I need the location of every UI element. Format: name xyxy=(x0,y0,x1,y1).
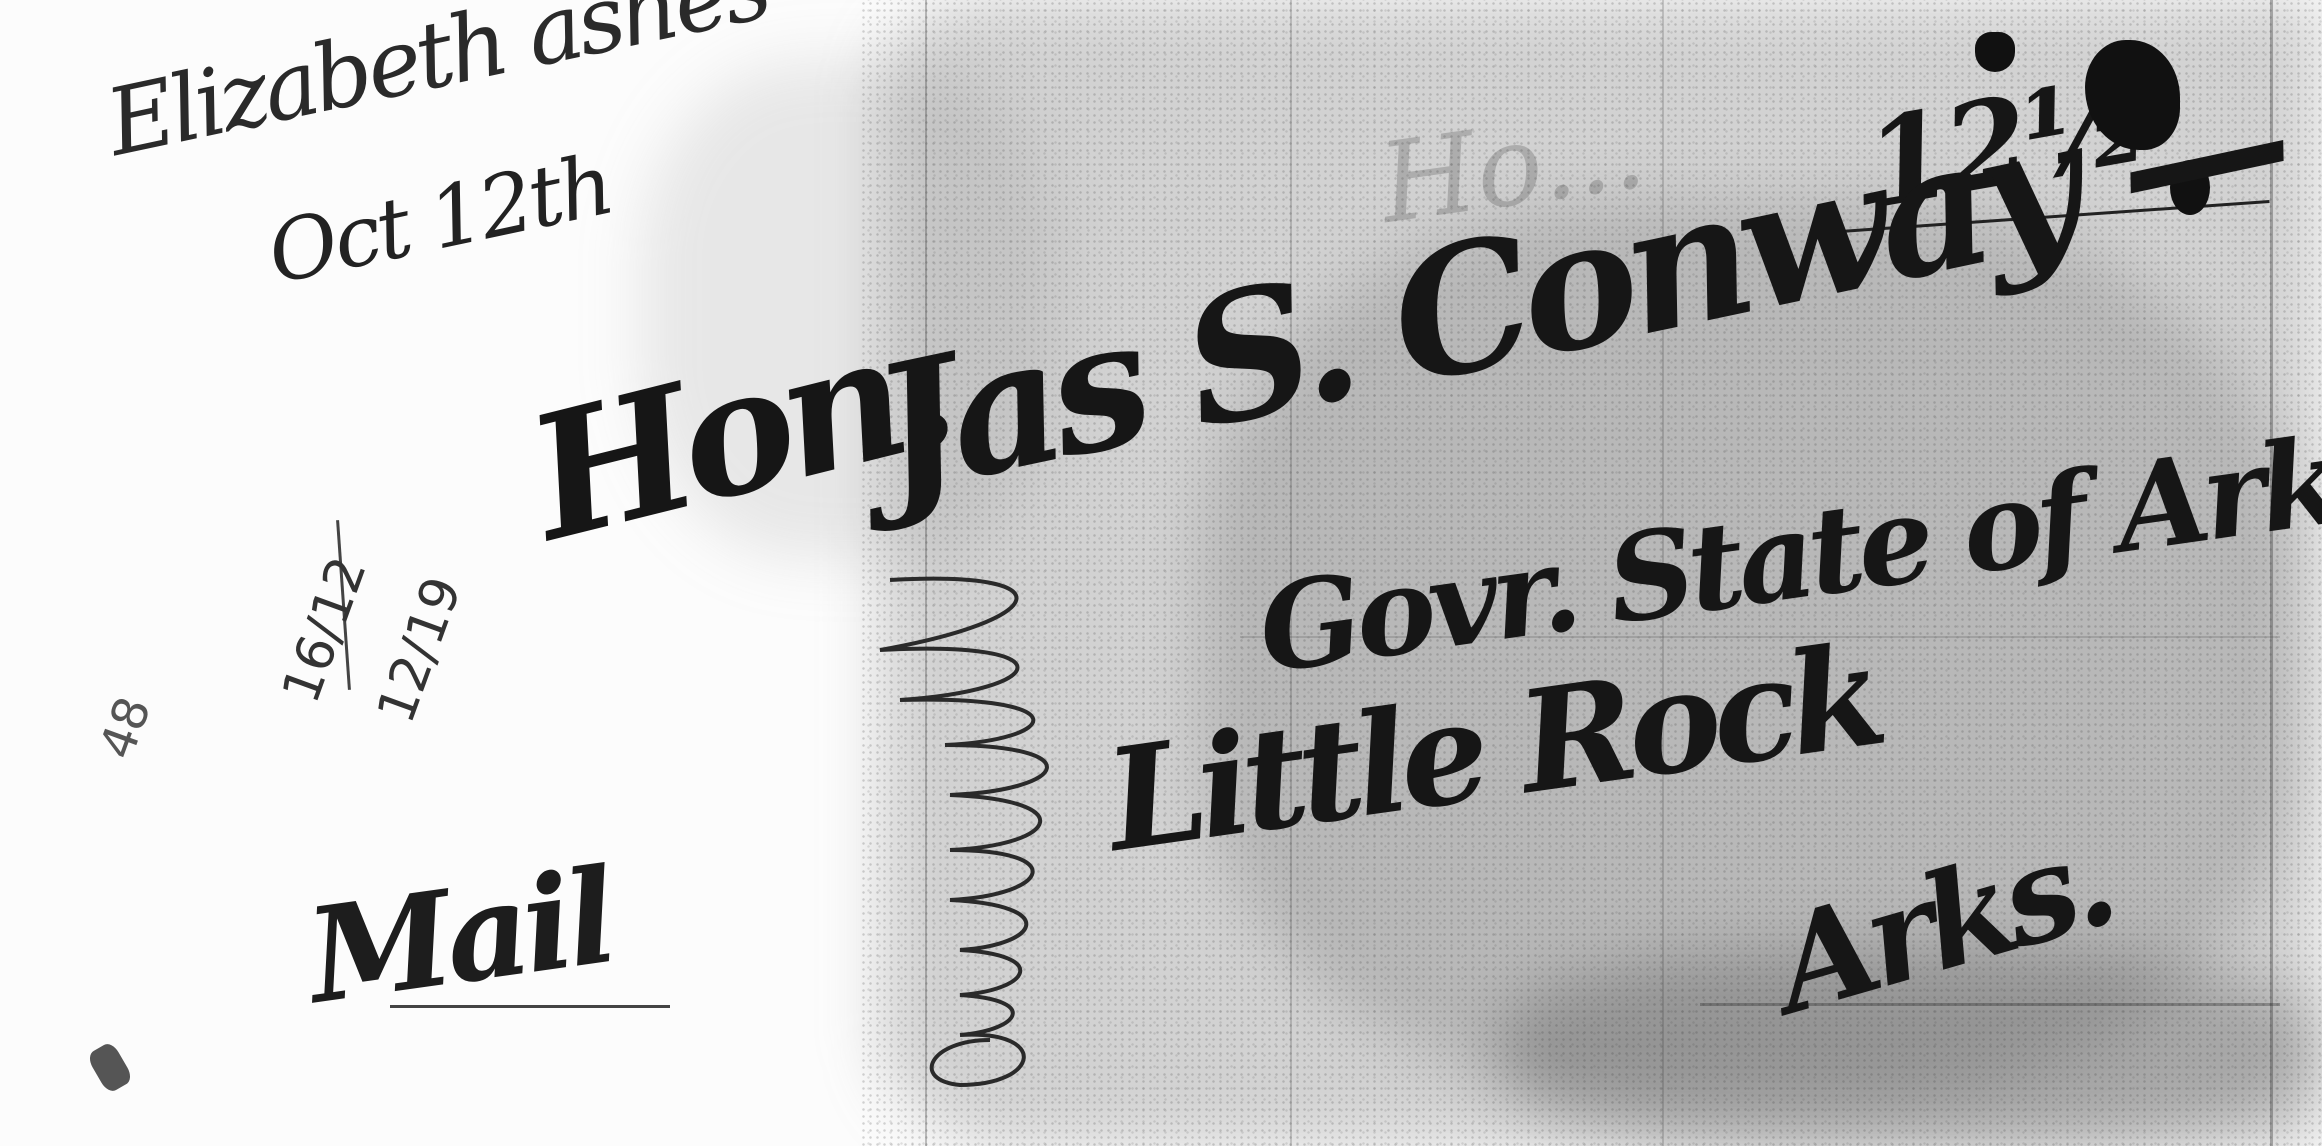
flourish-scroll xyxy=(850,560,1050,1120)
docket-date: Oct 12th xyxy=(260,135,620,303)
margin-fraction-b: 12/19 xyxy=(366,569,474,730)
ink-blot xyxy=(1975,32,2015,72)
margin-fraction-a: 16/12 xyxy=(271,549,379,710)
fold-line xyxy=(1700,1003,2280,1006)
letter-cover: Ho... Elizabeth ashes Oct 12th 12½ Hon. … xyxy=(0,0,2322,1146)
mail-endorsement: Mail xyxy=(299,839,620,1033)
margin-note: 48 xyxy=(89,690,163,767)
mail-underline xyxy=(390,1005,670,1008)
ink-mark xyxy=(86,1041,134,1095)
